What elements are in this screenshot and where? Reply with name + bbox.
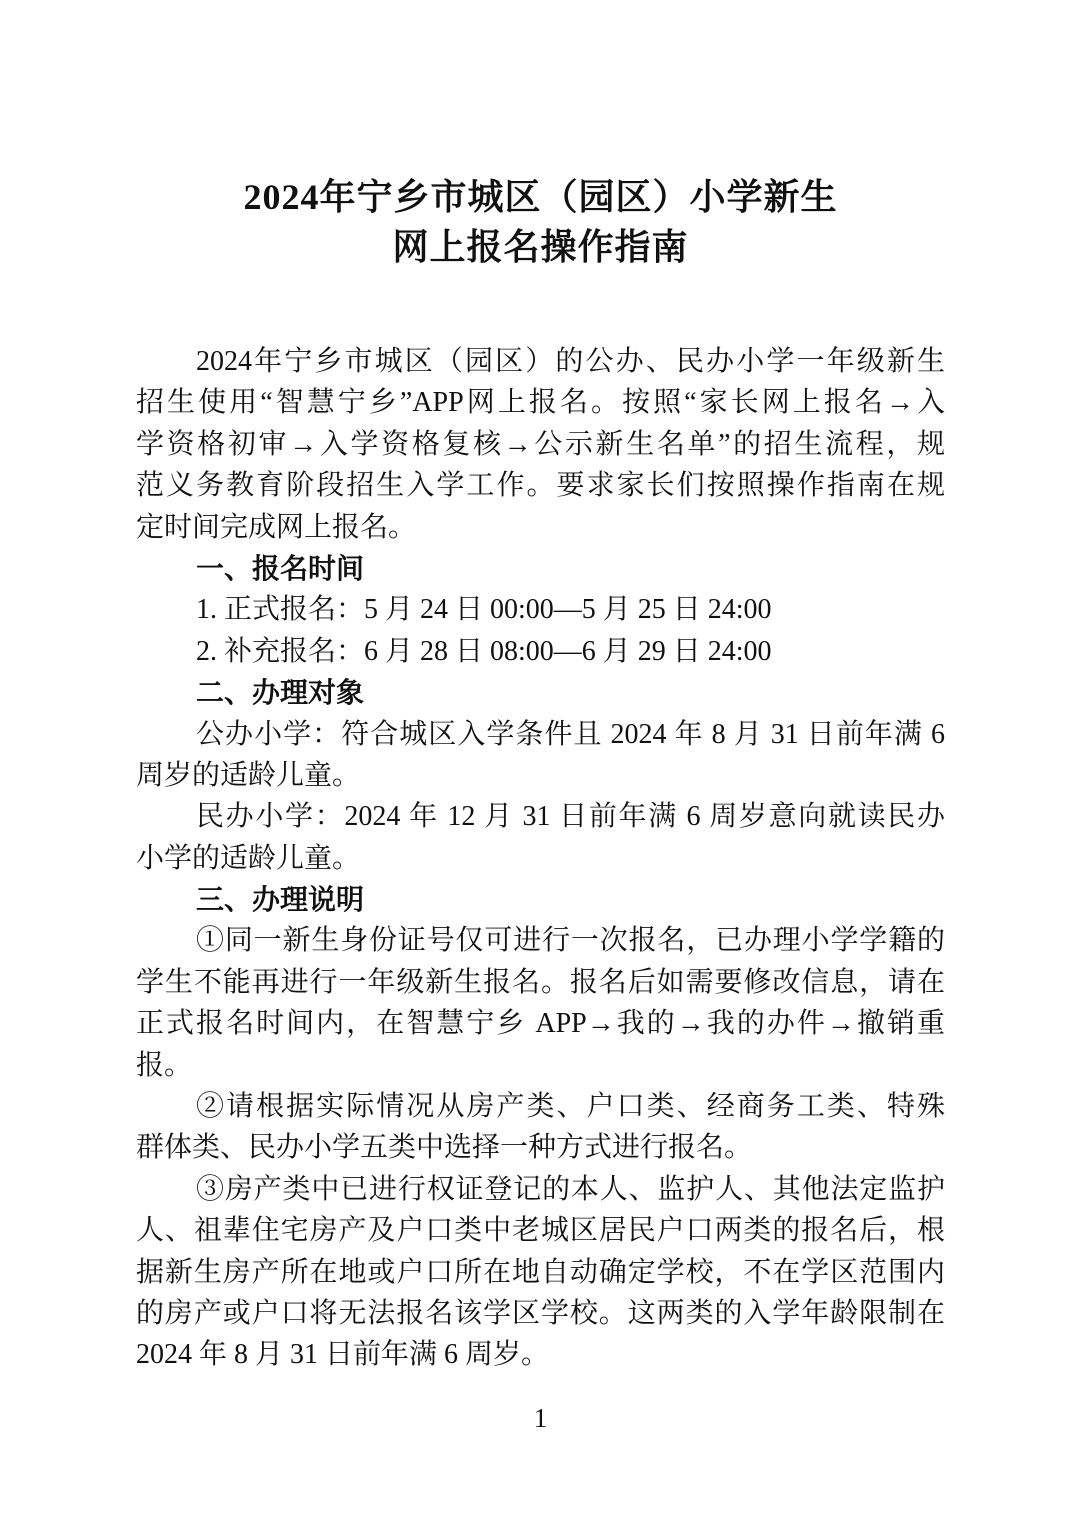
text-line: 学资格初审→入学资格复核→公示新生名单”的招生流程，规 <box>136 424 945 465</box>
section-heading: 三、办理说明 <box>136 879 945 920</box>
section-heading: 一、报名时间 <box>136 548 945 589</box>
title-line-1: 2024年宁乡市城区（园区）小学新生 <box>136 172 945 222</box>
text-line: 据新生房产所在地或户口所在地自动确定学校，不在学区范围内 <box>136 1252 945 1293</box>
text-line: 定时间完成网上报名。 <box>136 507 945 548</box>
document-page: 2024年宁乡市城区（园区）小学新生 网上报名操作指南 2024年宁乡市城区（园… <box>0 0 1075 1520</box>
text-line: 2024年宁乡市城区（园区）的公办、民办小学一年级新生 <box>136 341 945 382</box>
text-line: 招生使用“智慧宁乡”APP网上报名。按照“家长网上报名→入 <box>136 382 945 423</box>
text-line: 人、祖辈住宅房产及户口类中老城区居民户口两类的报名后，根 <box>136 1210 945 1251</box>
text-line: 报。 <box>136 1045 945 1086</box>
text-line: 周岁的适龄儿童。 <box>136 755 945 796</box>
document-body: 2024年宁乡市城区（园区）的公办、民办小学一年级新生招生使用“智慧宁乡”APP… <box>136 341 945 1376</box>
text-line: ③房产类中已进行权证登记的本人、监护人、其他法定监护 <box>136 1169 945 1210</box>
text-line: 民办小学：2024 年 12 月 31 日前年满 6 周岁意向就读民办 <box>136 796 945 837</box>
text-line: 学生不能再进行一年级新生报名。报名后如需要修改信息，请在 <box>136 962 945 1003</box>
text-line: 2. 补充报名：6 月 28 日 08:00—6 月 29 日 24:00 <box>136 631 945 672</box>
text-line: 2024 年 8 月 31 日前年满 6 周岁。 <box>136 1334 945 1375</box>
document-title: 2024年宁乡市城区（园区）小学新生 网上报名操作指南 <box>136 172 945 272</box>
text-line: 的房产或户口将无法报名该学区学校。这两类的入学年龄限制在 <box>136 1293 945 1334</box>
page-number: 1 <box>534 1403 548 1433</box>
title-line-2: 网上报名操作指南 <box>136 222 945 272</box>
text-line: 群体类、民办小学五类中选择一种方式进行报名。 <box>136 1127 945 1168</box>
text-line: 公办小学：符合城区入学条件且 2024 年 8 月 31 日前年满 6 <box>136 714 945 755</box>
text-line: 范义务教育阶段招生入学工作。要求家长们按照操作指南在规 <box>136 465 945 506</box>
text-line: 1. 正式报名：5 月 24 日 00:00—5 月 25 日 24:00 <box>136 589 945 630</box>
text-line: ②请根据实际情况从房产类、户口类、经商务工类、特殊 <box>136 1086 945 1127</box>
text-line: 小学的适龄儿童。 <box>136 838 945 879</box>
text-line: ①同一新生身份证号仅可进行一次报名，已办理小学学籍的 <box>136 920 945 961</box>
page-footer: 1 <box>136 1402 945 1434</box>
text-line: 正式报名时间内，在智慧宁乡 APP→我的→我的办件→撤销重 <box>136 1003 945 1044</box>
section-heading: 二、办理对象 <box>136 672 945 713</box>
